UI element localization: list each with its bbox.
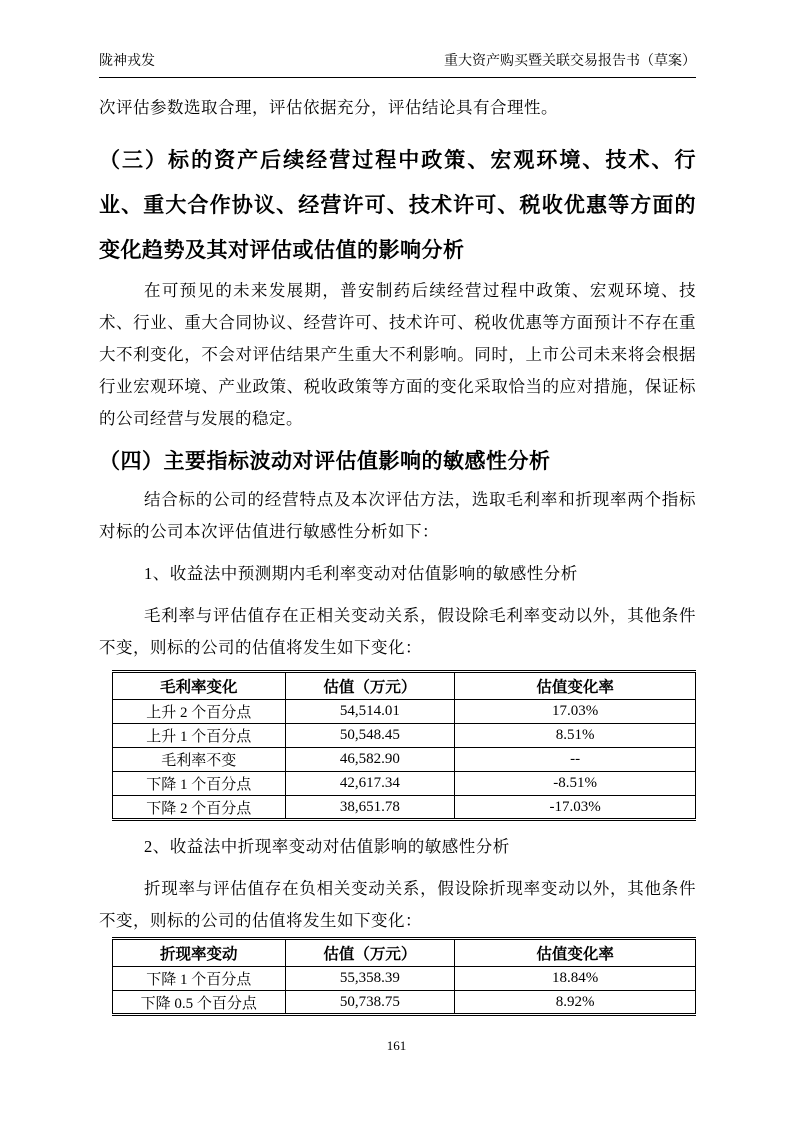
table-cell: 42,617.34 (285, 772, 455, 796)
table-cell: -8.51% (455, 772, 696, 796)
section-4-paragraph: 结合标的公司的经营特点及本次评估方法，选取毛利率和折现率两个指标对标的公司本次评… (99, 484, 696, 548)
table-header-row: 折现率变动估值（万元）估值变化率 (113, 939, 696, 967)
table-cell: 8.92% (455, 991, 696, 1015)
subsection-2-paragraph: 折现率与评估值存在负相关变动关系，假设除折现率变动以外，其他条件不变，则标的公司… (99, 873, 696, 937)
table-cell: 55,358.39 (285, 967, 455, 991)
table-row: 下降 0.5 个百分点50,738.758.92% (113, 991, 696, 1015)
subsection-2-heading: 2、收益法中折现率变动对估值影响的敏感性分析 (99, 831, 696, 863)
table-cell: 下降 1 个百分点 (113, 967, 286, 991)
table-cell: 上升 1 个百分点 (113, 724, 286, 748)
table-row: 上升 1 个百分点50,548.458.51% (113, 724, 696, 748)
table-cell: 18.84% (455, 967, 696, 991)
table-cell: 下降 2 个百分点 (113, 796, 286, 820)
column-header: 估值（万元） (285, 672, 455, 700)
table-cell: 下降 0.5 个百分点 (113, 991, 286, 1015)
column-header: 估值变化率 (455, 672, 696, 700)
page-content: 陇神戎发 重大资产购买暨关联交易报告书（草案） 次评估参数选取合理，评估依据充分… (0, 0, 793, 1016)
table-cell: 54,514.01 (285, 700, 455, 724)
header-left-title: 陇神戎发 (99, 54, 155, 70)
gross-margin-sensitivity-table: 毛利率变化估值（万元）估值变化率上升 2 个百分点54,514.0117.03%… (112, 670, 696, 821)
subsection-1-heading: 1、收益法中预测期内毛利率变动对估值影响的敏感性分析 (99, 558, 696, 590)
column-header: 估值（万元） (285, 939, 455, 967)
table-cell: 毛利率不变 (113, 748, 286, 772)
table-cell: 46,582.90 (285, 748, 455, 772)
header-right-title: 重大资产购买暨关联交易报告书（草案） (444, 54, 696, 70)
column-header: 折现率变动 (113, 939, 286, 967)
column-header: 毛利率变化 (113, 672, 286, 700)
discount-rate-sensitivity-table: 折现率变动估值（万元）估值变化率下降 1 个百分点55,358.3918.84%… (112, 937, 696, 1016)
section-3-paragraph: 在可预见的未来发展期，普安制药后续经营过程中政策、宏观环境、技术、行业、重大合同… (99, 275, 696, 435)
table-cell: 50,738.75 (285, 991, 455, 1015)
section-3-heading: （三）标的资产后续经营过程中政策、宏观环境、技术、行业、重大合作协议、经营许可、… (99, 138, 696, 273)
page-header: 陇神戎发 重大资产购买暨关联交易报告书（草案） (99, 54, 696, 78)
document-page: 陇神戎发 重大资产购买暨关联交易报告书（草案） 次评估参数选取合理，评估依据充分… (0, 0, 793, 1122)
table-header-row: 毛利率变化估值（万元）估值变化率 (113, 672, 696, 700)
table-row: 下降 1 个百分点55,358.3918.84% (113, 967, 696, 991)
page-number: 161 (387, 1038, 407, 1053)
table-cell: -17.03% (455, 796, 696, 820)
column-header: 估值变化率 (455, 939, 696, 967)
table-cell: 50,548.45 (285, 724, 455, 748)
table-row: 上升 2 个百分点54,514.0117.03% (113, 700, 696, 724)
subsection-1-paragraph: 毛利率与评估值存在正相关变动关系，假设除毛利率变动以外，其他条件不变，则标的公司… (99, 600, 696, 664)
intro-paragraph: 次评估参数选取合理，评估依据充分，评估结论具有合理性。 (99, 92, 696, 124)
page-footer: 161 (0, 1038, 793, 1054)
table-row: 下降 2 个百分点38,651.78-17.03% (113, 796, 696, 820)
table-cell: 下降 1 个百分点 (113, 772, 286, 796)
table-row: 毛利率不变46,582.90-- (113, 748, 696, 772)
section-4-heading: （四）主要指标波动对评估值影响的敏感性分析 (99, 439, 696, 484)
table-cell: -- (455, 748, 696, 772)
table-row: 下降 1 个百分点42,617.34-8.51% (113, 772, 696, 796)
table-cell: 38,651.78 (285, 796, 455, 820)
table-cell: 上升 2 个百分点 (113, 700, 286, 724)
table-cell: 8.51% (455, 724, 696, 748)
table-cell: 17.03% (455, 700, 696, 724)
